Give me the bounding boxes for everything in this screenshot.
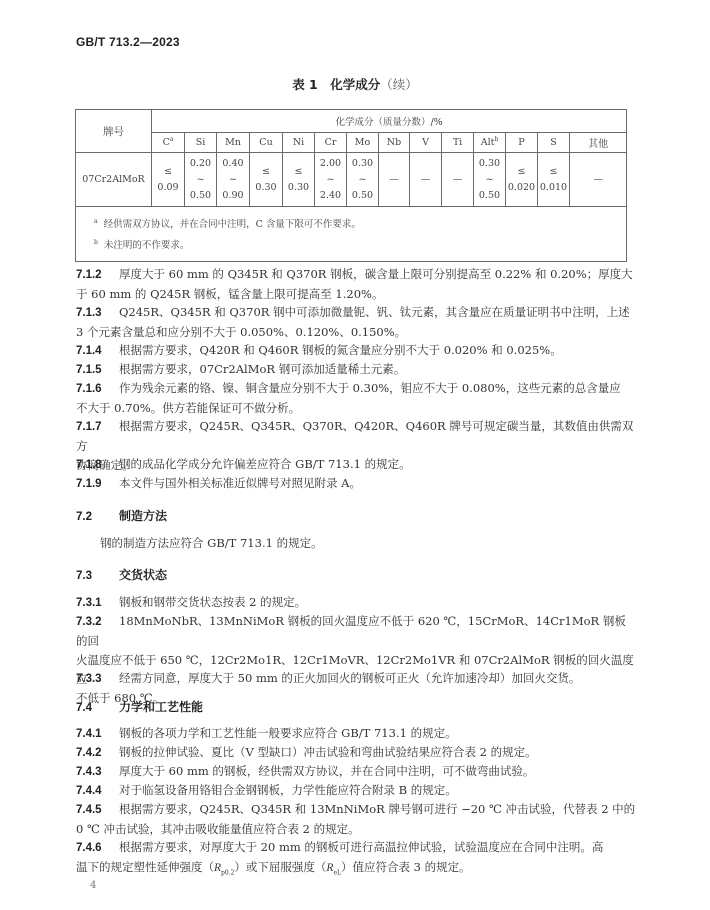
table-title: 表 1 化学成分（续） bbox=[0, 75, 710, 93]
clause-7-4-1: 7.4.1钢板的各项力学和工艺性能一般要求应符合 GB/T 713.1 的规定。 bbox=[76, 724, 636, 744]
cell-c: ≤0.09 bbox=[152, 153, 185, 207]
clause-7-1-6: 7.1.6作为残余元素的铬、镍、铜含量应分别不大于 0.30%，钼应不大于 0.… bbox=[76, 379, 636, 418]
section-7-2-heading: 7.2制造方法 bbox=[76, 507, 167, 524]
cell-si: 0.20~0.50 bbox=[185, 153, 217, 207]
cell-nb: — bbox=[379, 153, 410, 207]
col-header-p: P bbox=[506, 133, 538, 153]
col-header-other: 其他 bbox=[570, 133, 627, 153]
section-7-2-body: 钢的制造方法应符合 GB/T 713.1 的规定。 bbox=[100, 535, 323, 551]
col-header-alt: Altb bbox=[474, 133, 506, 153]
col-header-v: V bbox=[410, 133, 442, 153]
cell-ti: — bbox=[442, 153, 474, 207]
clause-7-4-6: 7.4.6根据需方要求，对厚度大于 20 mm 的钢板可进行高温拉伸试验，试验温… bbox=[76, 838, 636, 882]
cell-v: — bbox=[410, 153, 442, 207]
clause-7-3-3: 7.3.3经需方同意，厚度大于 50 mm 的正火加回火的钢板可正火（允许加速冷… bbox=[76, 669, 636, 689]
clause-7-3-1: 7.3.1钢板和钢带交货状态按表 2 的规定。 bbox=[76, 593, 636, 613]
note-b: b 未注明的不作要求。 bbox=[94, 234, 626, 255]
clause-7-1-3: 7.1.3Q245R、Q345R 和 Q370R 钢中可添加微量铌、钒、钛元素，… bbox=[76, 303, 636, 342]
cell-cu: ≤0.30 bbox=[250, 153, 283, 207]
clause-7-4-3: 7.4.3厚度大于 60 mm 的钢板，经供需双方协议，并在合同中注明，可不做弯… bbox=[76, 762, 636, 782]
cell-p: ≤0.020 bbox=[506, 153, 538, 207]
composition-header: 化学成分（质量分数）/% bbox=[152, 110, 627, 133]
clause-7-4-4: 7.4.4对于临氢设备用铬钼合金钢钢板，力学性能应符合附录 B 的规定。 bbox=[76, 781, 636, 801]
element-header-row: Ca Si Mn Cu Ni Cr Mo Nb V Ti Altb P S 其他 bbox=[76, 133, 627, 153]
clause-7-3-2: 7.3.218MnMoNbR、13MnNiMoR 钢板的回火温度应不低于 620… bbox=[76, 612, 636, 708]
col-header-cu: Cu bbox=[250, 133, 283, 153]
col-header-mn: Mn bbox=[217, 133, 250, 153]
cell-other: — bbox=[570, 153, 627, 207]
col-header-mo: Mo bbox=[347, 133, 379, 153]
section-7-4-heading: 7.4力学和工艺性能 bbox=[76, 698, 203, 715]
table-notes: a 经供需双方协议，并在合同中注明，C 含量下限可不作要求。 b 未注明的不作要… bbox=[76, 207, 627, 262]
note-a: a 经供需双方协议，并在合同中注明，C 含量下限可不作要求。 bbox=[94, 213, 626, 234]
cell-s: ≤0.010 bbox=[538, 153, 570, 207]
grade-header: 牌号 bbox=[76, 110, 152, 153]
col-header-ti: Ti bbox=[442, 133, 474, 153]
clause-7-1-4: 7.1.4根据需方要求，Q420R 和 Q460R 钢板的氮含量应分别不大于 0… bbox=[76, 341, 636, 361]
clause-7-1-5: 7.1.5根据需方要求，07Cr2AlMoR 钢可添加适量稀土元素。 bbox=[76, 360, 636, 380]
table-title-text: 表 1 化学成分 bbox=[292, 77, 380, 92]
cell-ni: ≤0.30 bbox=[283, 153, 315, 207]
cell-alt: 0.30~0.50 bbox=[474, 153, 506, 207]
section-7-3-heading: 7.3交货状态 bbox=[76, 566, 167, 583]
col-header-nb: Nb bbox=[379, 133, 410, 153]
cell-cr: 2.00~2.40 bbox=[315, 153, 347, 207]
grade-cell: 07Cr2AlMoR bbox=[76, 153, 152, 207]
col-header-c: Ca bbox=[152, 133, 185, 153]
col-header-s: S bbox=[538, 133, 570, 153]
chemical-composition-table: 牌号 化学成分（质量分数）/% Ca Si Mn Cu Ni Cr Mo Nb … bbox=[75, 109, 627, 262]
col-header-cr: Cr bbox=[315, 133, 347, 153]
table-row: 07Cr2AlMoR ≤0.09 0.20~0.50 0.40~0.90 ≤0.… bbox=[76, 153, 627, 207]
cell-mn: 0.40~0.90 bbox=[217, 153, 250, 207]
cell-mo: 0.30~0.50 bbox=[347, 153, 379, 207]
standard-id-header: GB/T 713.2—2023 bbox=[76, 35, 180, 49]
clause-7-4-2: 7.4.2钢板的拉伸试验、夏比（V 型缺口）冲击试验和弯曲试验结果应符合表 2 … bbox=[76, 743, 636, 763]
table-title-continued: （续） bbox=[380, 77, 418, 92]
col-header-si: Si bbox=[185, 133, 217, 153]
clause-7-1-2: 7.1.2厚度大于 60 mm 的 Q345R 和 Q370R 钢板，碳含量上限… bbox=[76, 265, 636, 304]
clause-7-1-8: 7.1.8钢的成品化学成分允许偏差应符合 GB/T 713.1 的规定。 bbox=[76, 455, 636, 475]
clause-7-4-5: 7.4.5根据需方要求，Q245R、Q345R 和 13MnNiMoR 牌号钢可… bbox=[76, 800, 636, 839]
clause-7-1-9: 7.1.9本文件与国外相关标准近似牌号对照见附录 A。 bbox=[76, 474, 636, 494]
page-number: 4 bbox=[90, 880, 96, 891]
col-header-ni: Ni bbox=[283, 133, 315, 153]
